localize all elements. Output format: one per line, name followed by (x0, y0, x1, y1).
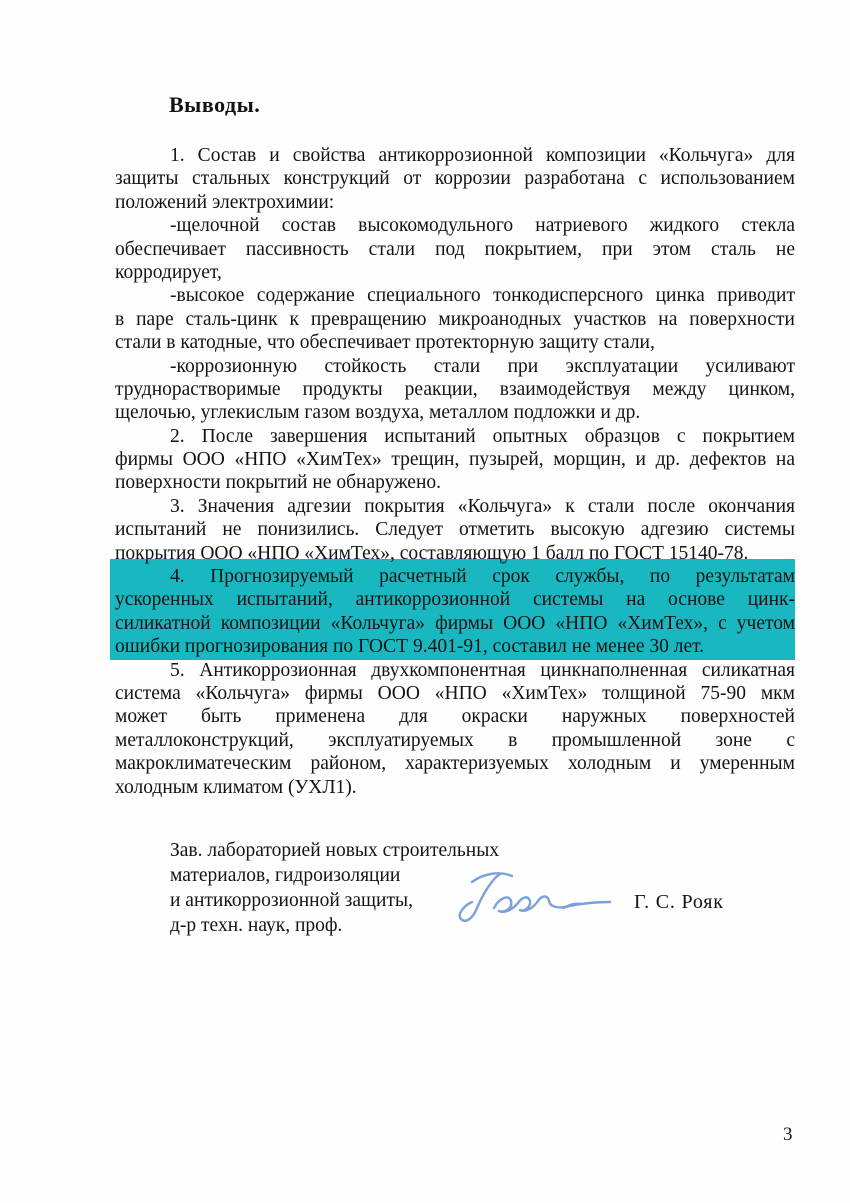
text-line: корродирует, (115, 261, 795, 284)
text-line: макроклиматеческим районом, характеризуе… (115, 752, 795, 775)
text-line: труднорастворимые продукты реакции, взаи… (115, 378, 795, 401)
handwritten-signature-icon (452, 868, 620, 928)
paragraph: 5. Антикоррозионная двухкомпонентная цин… (115, 659, 795, 799)
text-line: ошибки прогнозирования по ГОСТ 9.401-91,… (115, 635, 795, 658)
document-page: Выводы. 1. Состав и свойства антикоррози… (0, 0, 850, 1203)
text-line: может быть применена для окраски наружны… (115, 705, 795, 728)
text-line: 2. После завершения испытаний опытных об… (115, 425, 795, 448)
paragraph: 1. Состав и свойства антикоррозионной ко… (115, 144, 795, 214)
text-line: -щелочной состав высокомодульного натрие… (115, 214, 795, 237)
signature-block: Зав. лабораторией новых строительныхмате… (170, 838, 499, 938)
text-line: холодным климатом (УХЛ1). (115, 776, 795, 799)
page-number: 3 (783, 1124, 793, 1146)
signature-block-line: и антикоррозионной защиты, (170, 888, 499, 913)
text-line: обеспечивает пассивность стали под покры… (115, 238, 795, 261)
text-line: 1. Состав и свойства антикоррозионной ко… (115, 144, 795, 167)
text-line: 5. Антикоррозионная двухкомпонентная цин… (115, 659, 795, 682)
paragraph: -щелочной состав высокомодульного натрие… (115, 214, 795, 284)
paragraph: -коррозионную стойкость стали при эксплу… (115, 355, 795, 425)
signatory-name: Г. С. Рояк (634, 891, 724, 914)
text-line: защиты стальных конструкций от коррозии … (115, 167, 795, 190)
page-title: Выводы. (169, 92, 260, 118)
text-line: стали в катодные, что обеспечивает проте… (115, 331, 795, 354)
signature-block-line: д-р техн. наук, проф. (170, 913, 499, 938)
highlighted-paragraph: 4. Прогнозируемый расчетный срок службы,… (110, 559, 795, 660)
text-line: силикатной композиции «Кольчуга» фирмы О… (115, 612, 795, 635)
text-line: система «Кольчуга» фирмы ООО «НПО «ХимТе… (115, 682, 795, 705)
text-line: металлоконструкций, эксплуатируемых в пр… (115, 729, 795, 752)
paragraph: -высокое содержание специального тонкоди… (115, 284, 795, 354)
text-line: 4. Прогнозируемый расчетный срок службы,… (115, 565, 795, 588)
text-line: испытаний не понизились. Следует отметит… (115, 518, 795, 541)
text-line: ускоренных испытаний, антикоррозионной с… (115, 588, 795, 611)
text-line: фирмы ООО «НПО «ХимТех» трещин, пузырей,… (115, 448, 795, 471)
text-line: -высокое содержание специального тонкоди… (115, 284, 795, 307)
paragraph: 2. После завершения испытаний опытных об… (115, 425, 795, 495)
text-line: в паре сталь-цинк к превращению микроано… (115, 308, 795, 331)
text-line: покрытия ООО «НПО «ХимТех», составляющую… (115, 542, 795, 565)
signature-block-line: материалов, гидроизоляции (170, 863, 499, 888)
signature-block-line: Зав. лабораторией новых строительных (170, 838, 499, 863)
text-line: поверхности покрытий не обнаружено. (115, 471, 795, 494)
text-line: положений электрохимии: (115, 191, 795, 214)
paragraph: 3. Значения адгезии покрытия «Кольчуга» … (115, 495, 795, 565)
text-line: -коррозионную стойкость стали при эксплу… (115, 355, 795, 378)
document-body: 1. Состав и свойства антикоррозионной ко… (115, 144, 795, 799)
text-line: 3. Значения адгезии покрытия «Кольчуга» … (115, 495, 795, 518)
text-line: щелочью, углекислым газом воздуха, метал… (115, 401, 795, 424)
